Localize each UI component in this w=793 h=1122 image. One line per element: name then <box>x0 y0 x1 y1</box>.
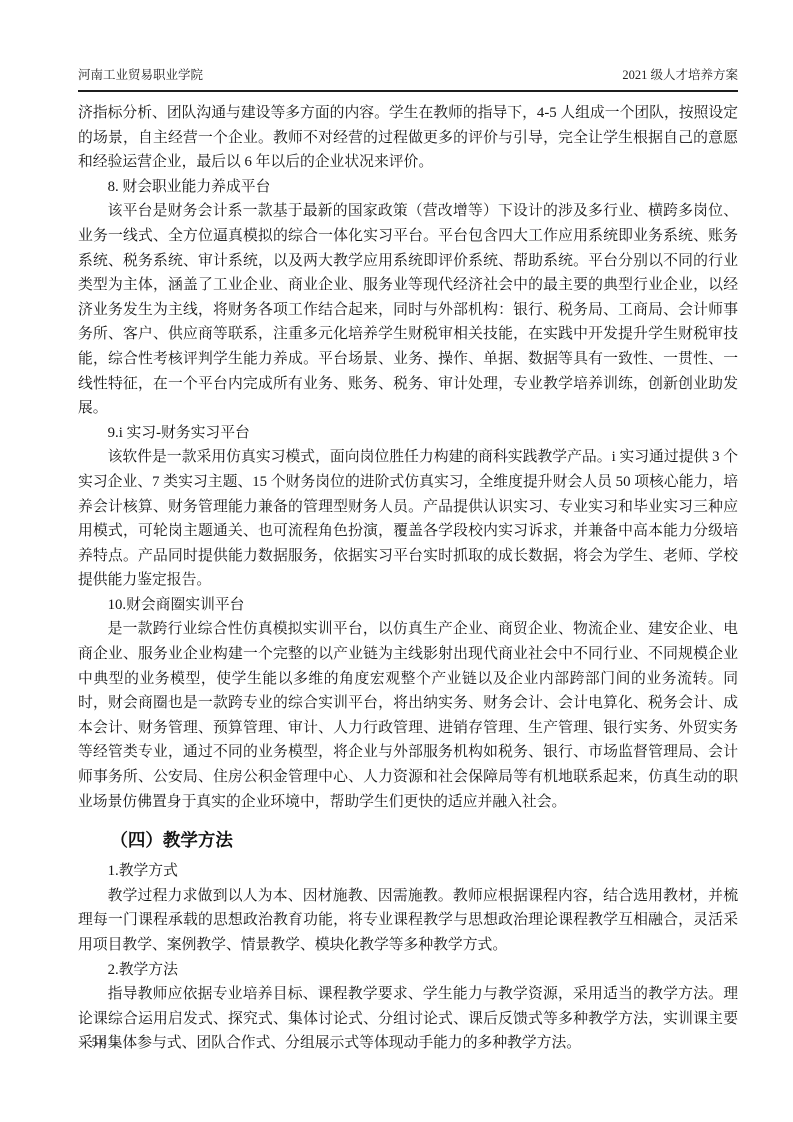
numbered-item-8: 8. 财会职业能力养成平台 <box>78 175 738 200</box>
page-margin-area: 河南工业贸易职业学院 2021 级人才培养方案 济指标分析、团队沟通与建设等多方… <box>0 0 793 1056</box>
paragraph-continued: 济指标分析、团队沟通与建设等多方面的内容。学生在教师的指导下，4-5 人组成一个… <box>78 101 738 175</box>
paragraph-platform-9: 该软件是一款采用仿真实习模式，面向岗位胜任力构建的商科实践教学产品。i 实习通过… <box>78 445 738 593</box>
page-number: - 56 - <box>80 1034 120 1049</box>
page-header: 河南工业贸易职业学院 2021 级人才培养方案 <box>78 66 738 92</box>
section-heading-teaching-methods: （四）教学方法 <box>78 827 738 853</box>
page-footer: - 56 - <box>80 1034 120 1050</box>
header-school-name: 河南工业贸易职业学院 <box>78 66 203 84</box>
paragraph-platform-10: 是一款跨行业综合性仿真模拟实训平台，以仿真生产企业、商贸企业、物流企业、建安企业… <box>78 617 738 814</box>
document-body: 济指标分析、团队沟通与建设等多方面的内容。学生在教师的指导下，4-5 人组成一个… <box>78 92 738 1056</box>
header-document-title: 2021 级人才培养方案 <box>622 66 738 84</box>
numbered-item-10: 10.财会商圈实训平台 <box>78 593 738 618</box>
numbered-item-2: 2.教学方法 <box>78 958 738 983</box>
paragraph-platform-8: 该平台是财务会计系一款基于最新的国家政策（营改增等）下设计的涉及多行业、横跨多岗… <box>78 199 738 420</box>
numbered-item-9: 9.i 实习-财务实习平台 <box>78 421 738 446</box>
paragraph-teaching-method: 指导教师应依据专业培养目标、课程教学要求、学生能力与教学资源，采用适当的教学方法… <box>78 982 738 1056</box>
numbered-item-1: 1.教学方式 <box>78 859 738 884</box>
paragraph-teaching-mode: 教学过程力求做到以人为本、因材施教、因需施教。教师应根据课程内容，结合选用教材，… <box>78 884 738 958</box>
document-page: 河南工业贸易职业学院 2021 级人才培养方案 济指标分析、团队沟通与建设等多方… <box>0 0 793 1122</box>
